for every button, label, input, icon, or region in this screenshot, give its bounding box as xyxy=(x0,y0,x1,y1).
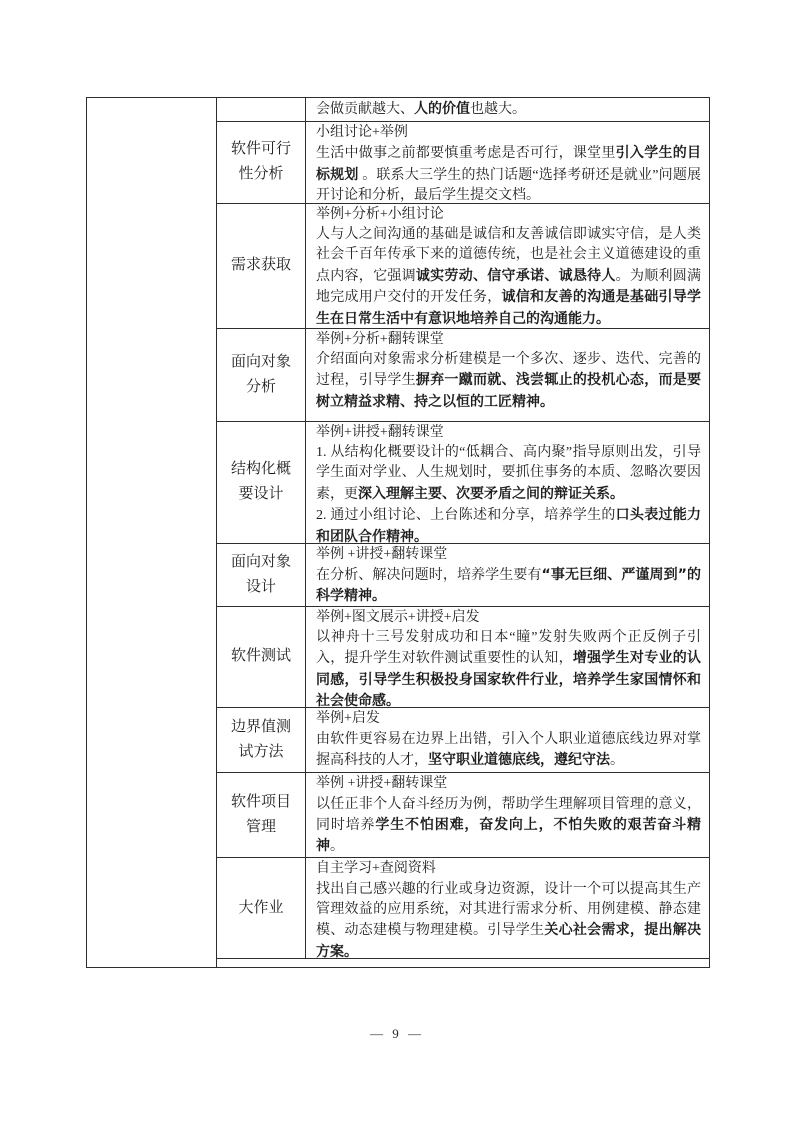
row-content: 小组讨论+举例 生活中做事之前都要慎重考虑是否可行，课堂里引入学生的目标规划 。… xyxy=(306,122,709,203)
row-body: 会做贡献越大、人的价值也越大。 xyxy=(316,99,701,120)
row-label: 需求获取 xyxy=(217,204,306,328)
body-text: 。联系大三学生的热门话题“选择考研还是就业”问题展开讨论和分析，最后学生提交文档… xyxy=(316,168,701,203)
table-row: 结构化概要设计 举例+讲授+翻转课堂 1. 从结构化概要设计的“低耦合、高内聚”… xyxy=(217,422,709,544)
row-content: 会做贡献越大、人的价值也越大。 xyxy=(306,98,709,121)
teaching-method: 举例 +讲授+翻转课堂 xyxy=(316,545,701,565)
body-text: 也越大。 xyxy=(470,102,526,117)
teaching-method: 举例+讲授+翻转课堂 xyxy=(316,423,701,443)
table-row: 软件可行性分析 小组讨论+举例 生活中做事之前都要慎重考虑是否可行，课堂里引入学… xyxy=(217,122,709,204)
body-text-bold: 深入理解主要、次要矛盾之间的辩证关系。 xyxy=(358,486,624,502)
row-content: 举例+启发 由软件更容易在边界上出错，引入个人职业道德底线边界对掌握高科技的人才… xyxy=(306,708,709,772)
row-body: 找出自己感兴趣的行业或身边资源，设计一个可以提高其生产管理效益的应用系统，对其进… xyxy=(316,880,701,964)
row-body: 以神舟十三号发射成功和日本“瞳”发射失败两个正反例子引入，提升学生对软件测试重要… xyxy=(316,628,701,713)
row-content: 举例+图文展示+讲授+启发 以神舟十三号发射成功和日本“瞳”发射失败两个正反例子… xyxy=(306,607,709,708)
row-content: 举例 +讲授+翻转课堂 在分析、解决问题时，培养学生要有“事无巨细、严谨周到”的… xyxy=(306,544,709,606)
body-text: 。 xyxy=(330,839,344,854)
table-bottom-spacer xyxy=(217,959,709,967)
row-body: 由软件更容易在边界上出错，引入个人职业道德底线边界对掌握高科技的人才，坚守职业道… xyxy=(316,730,701,772)
body-text: 2. 通过小组讨论、上台陈述和分享，培养学生的 xyxy=(316,508,616,523)
row-label: 边界值测试方法 xyxy=(217,708,306,772)
page-number: — 9 — xyxy=(0,1026,794,1042)
row-body: 2. 通过小组讨论、上台陈述和分享，培养学生的口头表过能力和团队合作精神。 xyxy=(316,505,701,548)
body-text-bold: 坚守职业道德底线，遵纪守法 xyxy=(428,752,610,768)
row-body: 介绍面向对象需求分析建模是一个多次、逐步、迭代、完善的过程，引导学生摒弃一蹴而就… xyxy=(316,350,701,413)
body-text: 会做贡献越大、 xyxy=(316,102,414,117)
teaching-method: 举例+图文展示+讲授+启发 xyxy=(316,608,701,628)
teaching-design-table: 会做贡献越大、人的价值也越大。 软件可行性分析 小组讨论+举例 生活中做事之前都… xyxy=(86,97,710,968)
teaching-method: 举例+分析+翻转课堂 xyxy=(316,330,701,350)
row-content: 举例+讲授+翻转课堂 1. 从结构化概要设计的“低耦合、高内聚”指导原则出发，引… xyxy=(306,422,709,543)
table-row: 会做贡献越大、人的价值也越大。 xyxy=(217,98,709,122)
table-row: 软件测试 举例+图文展示+讲授+启发 以神舟十三号发射成功和日本“瞳”发射失败两… xyxy=(217,607,709,709)
table-row: 面向对象设计 举例 +讲授+翻转课堂 在分析、解决问题时，培养学生要有“事无巨细… xyxy=(217,544,709,607)
table-row: 边界值测试方法 举例+启发 由软件更容易在边界上出错，引入个人职业道德底线边界对… xyxy=(217,708,709,773)
row-label: 面向对象分析 xyxy=(217,329,306,421)
row-body: 1. 从结构化概要设计的“低耦合、高内聚”指导原则出发，引导学生面对学业、人生规… xyxy=(316,443,701,505)
row-body: 在分析、解决问题时，培养学生要有“事无巨细、严谨周到”的科学精神。 xyxy=(316,565,701,608)
teaching-method: 举例+启发 xyxy=(316,709,701,729)
row-label: 大作业 xyxy=(217,858,306,958)
body-text: 生活中做事之前都要慎重考虑是否可行，课堂里 xyxy=(316,146,616,161)
table-row: 需求获取 举例+分析+小组讨论 人与人之间沟通的基础是诚信和友善诚信即诚实守信，… xyxy=(217,204,709,329)
table-row: 面向对象分析 举例+分析+翻转课堂 介绍面向对象需求分析建模是一个多次、逐步、迭… xyxy=(217,329,709,422)
row-body: 人与人之间沟通的基础是诚信和友善诚信即诚实守信，是人类社会千百年传承下来的道德传… xyxy=(316,225,701,330)
row-label: 软件测试 xyxy=(217,607,306,708)
row-label: 面向对象设计 xyxy=(217,544,306,606)
teaching-method: 小组讨论+举例 xyxy=(316,123,701,143)
body-text: 。 xyxy=(610,753,624,768)
body-text-bold: 诚实劳动、信守承诺、诚恳待人 xyxy=(416,268,616,284)
table-row: 大作业 自主学习+查阅资料 找出自己感兴趣的行业或身边资源，设计一个可以提高其生… xyxy=(217,858,709,959)
row-label: 软件项目管理 xyxy=(217,773,306,857)
row-content: 举例+分析+小组讨论 人与人之间沟通的基础是诚信和友善诚信即诚实守信，是人类社会… xyxy=(306,204,709,328)
body-text: 在分析、解决问题时，培养学生要有 xyxy=(316,568,542,583)
table-rows-area: 会做贡献越大、人的价值也越大。 软件可行性分析 小组讨论+举例 生活中做事之前都… xyxy=(217,98,709,967)
teaching-method: 自主学习+查阅资料 xyxy=(316,859,701,879)
row-content: 举例 +讲授+翻转课堂 以任正非个人奋斗经历为例，帮助学生理解项目管理的意义，同… xyxy=(306,773,709,857)
row-label xyxy=(217,98,306,121)
row-label: 软件可行性分析 xyxy=(217,122,306,203)
row-label: 结构化概要设计 xyxy=(217,422,306,543)
row-content: 举例+分析+翻转课堂 介绍面向对象需求分析建模是一个多次、逐步、迭代、完善的过程… xyxy=(306,329,709,421)
row-body: 以任正非个人奋斗经历为例，帮助学生理解项目管理的意义，同时培养学生不怕困难，奋发… xyxy=(316,795,701,858)
teaching-method: 举例 +讲授+翻转课堂 xyxy=(316,774,701,794)
row-content: 自主学习+查阅资料 找出自己感兴趣的行业或身边资源，设计一个可以提高其生产管理效… xyxy=(306,858,709,958)
row-body: 生活中做事之前都要慎重考虑是否可行，课堂里引入学生的目标规划 。联系大三学生的热… xyxy=(316,143,701,206)
merged-empty-cell xyxy=(87,98,217,967)
body-text-bold: 人的价值 xyxy=(414,101,470,117)
table-row: 软件项目管理 举例 +讲授+翻转课堂 以任正非个人奋斗经历为例，帮助学生理解项目… xyxy=(217,773,709,858)
teaching-method: 举例+分析+小组讨论 xyxy=(316,205,701,225)
